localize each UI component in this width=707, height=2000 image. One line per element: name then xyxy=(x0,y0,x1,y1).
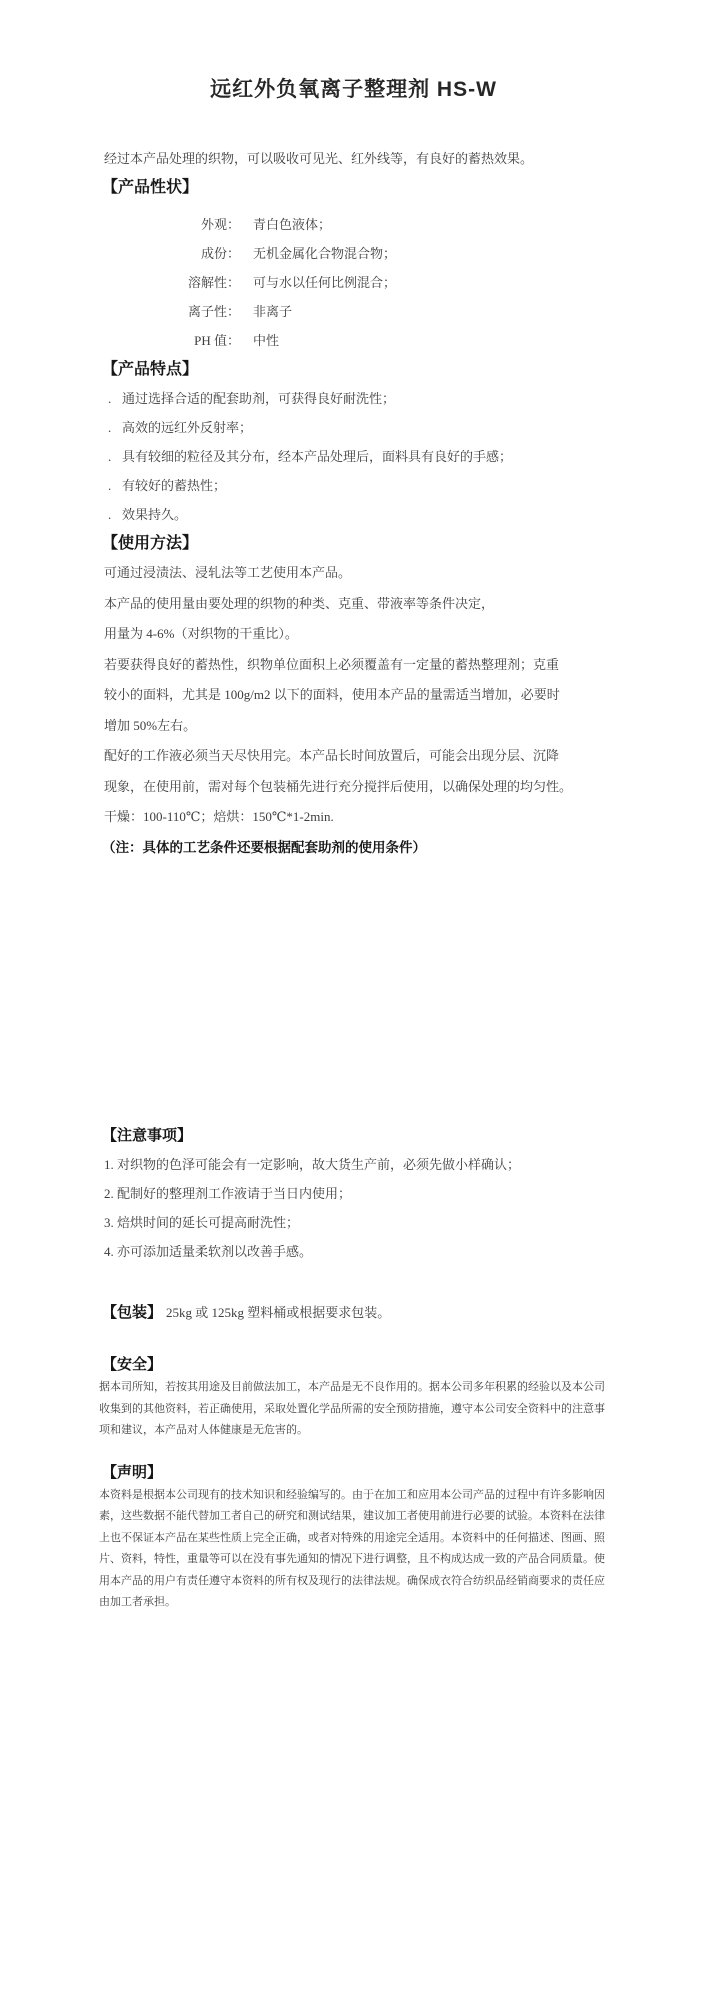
property-value: 青白色液体； xyxy=(240,210,331,239)
section-heading-statement: 【声明】 xyxy=(102,1461,647,1485)
usage-line: 较小的面料，尤其是 100g/m2 以下的面料，使用本产品的量需适当增加，必要时 xyxy=(104,680,647,711)
document-page: 远红外负氧离子整理剂 HS-W 经过本产品处理的织物，可以吸收可见光、红外线等，… xyxy=(0,0,707,2000)
note-item: 3. 焙烘时间的延长可提高耐洗性； xyxy=(104,1208,647,1237)
property-value: 中性 xyxy=(240,326,279,355)
section-heading-safety: 【安全】 xyxy=(102,1353,647,1377)
property-label: 离子性： xyxy=(104,297,240,326)
statement-paragraph: 本资料是根据本公司现有的技术知识和经验编写的。由于在加工和应用本公司产品的过程中… xyxy=(104,1485,647,1614)
feature-text: 有较好的蓄热性； xyxy=(122,478,226,493)
statement-line: 由加工者承担。 xyxy=(99,1592,647,1614)
safety-paragraph: 据本司所知，若按其用途及目前做法加工，本产品是无不良作用的。据本公司多年积累的经… xyxy=(104,1377,647,1442)
bullet-dot-icon: . xyxy=(108,500,122,529)
usage-line: 增加 50%左右。 xyxy=(104,711,647,742)
statement-line: 本资料是根据本公司现有的技术知识和经验编写的。由于在加工和应用本公司产品的过程中… xyxy=(99,1485,647,1507)
usage-line: 若要获得良好的蓄热性，织物单位面积上必须覆盖有一定量的蓄热整理剂；克重 xyxy=(104,650,647,681)
feature-bullet: .效果持久。 xyxy=(104,500,647,529)
property-list: 外观： 青白色液体； 成份： 无机金属化合物混合物； 溶解性： 可与水以任何比例… xyxy=(104,210,647,355)
usage-note: （注：具体的工艺条件还要根据配套助剂的使用条件） xyxy=(102,833,647,864)
property-value: 可与水以任何比例混合； xyxy=(240,268,396,297)
usage-line: 现象，在使用前，需对每个包装桶先进行充分搅拌后使用，以确保处理的均匀性。 xyxy=(104,772,647,803)
property-value: 非离子 xyxy=(240,297,292,326)
property-row-ionicity: 离子性： 非离子 xyxy=(104,297,647,326)
feature-text: 高效的远红外反射率； xyxy=(122,420,252,435)
statement-line: 片、资料，特性，重量等可以在没有事先通知的情况下进行调整，且不构成达成一致的产品… xyxy=(99,1549,647,1571)
feature-text: 具有较细的粒径及其分布，经本产品处理后，面料具有良好的手感； xyxy=(122,449,512,464)
bullet-dot-icon: . xyxy=(108,384,122,413)
note-item: 4. 亦可添加适量柔软剂以改善手感。 xyxy=(104,1237,647,1266)
section-heading-usage: 【使用方法】 xyxy=(102,529,647,558)
usage-line: 干燥：100-110℃；焙烘：150℃*1-2min. xyxy=(104,802,647,833)
statement-line: 上也不保证本产品在某些性质上完全正确，或者对特殊的用途完全适用。本资料中的任何描… xyxy=(99,1528,647,1550)
bullet-dot-icon: . xyxy=(108,413,122,442)
feature-text: 通过选择合适的配套助剂，可获得良好耐洗性； xyxy=(122,391,395,406)
safety-line: 项和建议，本产品对人体健康是无危害的。 xyxy=(99,1420,647,1442)
notes-list: 1. 对织物的色泽可能会有一定影响，故大货生产前，必须先做小样确认； 2. 配制… xyxy=(104,1150,647,1266)
property-label: 溶解性： xyxy=(104,268,240,297)
usage-line: 用量为 4-6%（对织物的干重比）。 xyxy=(104,619,647,650)
feature-bullet: .具有较细的粒径及其分布，经本产品处理后，面料具有良好的手感； xyxy=(104,442,647,471)
bullet-dot-icon: . xyxy=(108,442,122,471)
packaging-text: 25kg 或 125kg 塑料桶或根据要求包装。 xyxy=(162,1298,390,1327)
feature-text: 效果持久。 xyxy=(122,507,187,522)
bullet-dot-icon: . xyxy=(108,471,122,500)
safety-line: 收集到的其他资料，若正确使用，采取处置化学品所需的安全预防措施，遵守本公司安全资… xyxy=(99,1399,647,1421)
property-label: 外观： xyxy=(104,210,240,239)
section-heading-packaging: 【包装】 xyxy=(102,1298,162,1327)
feature-bullet: .通过选择合适的配套助剂，可获得良好耐洗性； xyxy=(104,384,647,413)
intro-paragraph: 经过本产品处理的织物，可以吸收可见光、红外线等，有良好的蓄热效果。 xyxy=(104,144,647,173)
statement-line: 素，这些数据不能代替加工者自己的研究和测试结果，建议加工者使用前进行必要的试验。… xyxy=(99,1506,647,1528)
property-value: 无机金属化合物混合物； xyxy=(240,239,396,268)
packaging-row: 【包装】 25kg 或 125kg 塑料桶或根据要求包装。 xyxy=(104,1298,647,1327)
section-heading-product-properties: 【产品性状】 xyxy=(102,173,647,202)
feature-bullet: .有较好的蓄热性； xyxy=(104,471,647,500)
property-label: 成份： xyxy=(104,239,240,268)
usage-line: 本产品的使用量由要处理的织物的种类、克重、带液率等条件决定， xyxy=(104,589,647,620)
statement-line: 用本产品的用户有责任遵守本资料的所有权及现行的法律法规。确保成衣符合纺织品经销商… xyxy=(99,1571,647,1593)
safety-line: 据本司所知，若按其用途及目前做法加工，本产品是无不良作用的。据本公司多年积累的经… xyxy=(99,1377,647,1399)
section-heading-product-features: 【产品特点】 xyxy=(102,355,647,384)
property-row-composition: 成份： 无机金属化合物混合物； xyxy=(104,239,647,268)
feature-bullet: .高效的远红外反射率； xyxy=(104,413,647,442)
property-row-ph: PH 值： 中性 xyxy=(104,326,647,355)
usage-line: 可通过浸渍法、浸轧法等工艺使用本产品。 xyxy=(104,558,647,589)
property-row-appearance: 外观： 青白色液体； xyxy=(104,210,647,239)
property-label: PH 值： xyxy=(104,326,240,355)
note-item: 2. 配制好的整理剂工作液请于当日内使用； xyxy=(104,1179,647,1208)
property-row-solubility: 溶解性： 可与水以任何比例混合； xyxy=(104,268,647,297)
feature-list: .通过选择合适的配套助剂，可获得良好耐洗性； .高效的远红外反射率； .具有较细… xyxy=(104,384,647,529)
page-title: 远红外负氧离子整理剂 HS-W xyxy=(60,74,647,106)
usage-line: 配好的工作液必须当天尽快用完。本产品长时间放置后，可能会出现分层、沉降 xyxy=(104,741,647,772)
usage-paragraphs: 可通过浸渍法、浸轧法等工艺使用本产品。 本产品的使用量由要处理的织物的种类、克重… xyxy=(104,558,647,863)
section-heading-notes: 【注意事项】 xyxy=(102,1121,647,1150)
note-item: 1. 对织物的色泽可能会有一定影响，故大货生产前，必须先做小样确认； xyxy=(104,1150,647,1179)
